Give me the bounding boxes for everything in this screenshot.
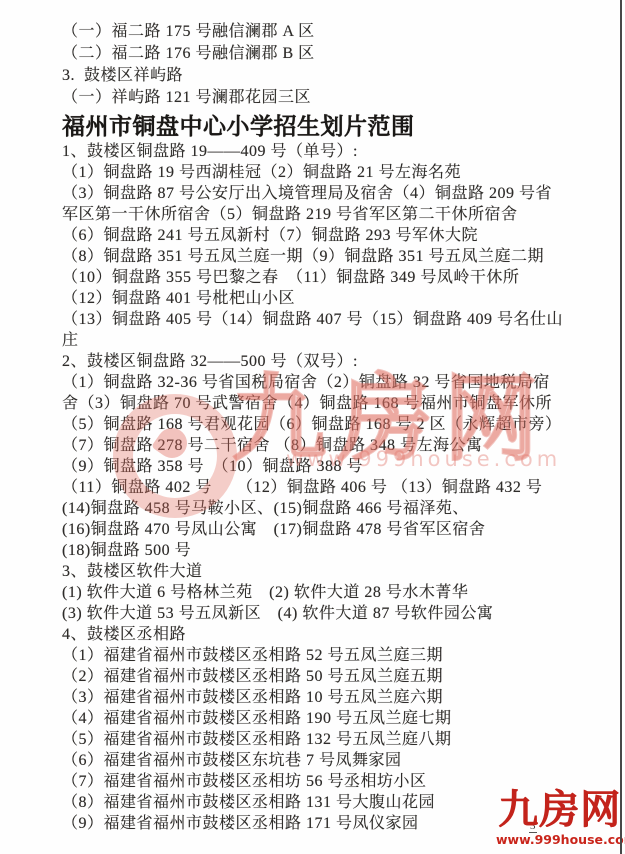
doc-line: 庄 <box>62 330 610 351</box>
scan-edge-line <box>620 0 622 854</box>
doc-line: (3) 软件大道 53 号五凤新区 (4) 软件大道 87 号软件园公寓 <box>62 603 610 624</box>
doc-line: (14)铜盘路 458 号马鞍小区、(15)铜盘路 466 号福泽苑、 <box>62 498 610 519</box>
doc-line: （1）福建省福州市鼓楼区丞相路 52 号五凤兰庭三期 <box>62 645 610 666</box>
site-logo-text: 九房网 <box>496 787 623 833</box>
doc-line: 3、鼓楼区软件大道 <box>62 561 610 582</box>
doc-line: （1）铜盘路 32-36 号省国税局宿舍（2）铜盘路 32 号省国地税局宿 <box>62 372 610 393</box>
doc-line: 舍（3）铜盘路 70 号武警宿舍（4）铜盘路 168 号福州市铜盘军休所 <box>62 393 610 414</box>
doc-line: （6）福建省福州市鼓楼区东坑巷 7 号凤舞家园 <box>62 750 610 771</box>
doc-line: （13）铜盘路 405 号（14）铜盘路 407 号（15）铜盘路 409 号名… <box>62 309 610 330</box>
doc-line: （4）福建省福州市鼓楼区丞相路 190 号五凤兰庭七期 <box>62 708 610 729</box>
site-logo-url: www.999house.com <box>496 833 623 847</box>
doc-line: （12）铜盘路 401 号枇杷山小区 <box>62 288 610 309</box>
document-body: （一）福二路 175 号融信澜郡 A 区 （二）福二路 176 号融信澜郡 B … <box>62 21 610 834</box>
doc-line: （5）铜盘路 168 号君观花园（6）铜盘路 168 号 2 区（永辉超市旁） <box>62 414 610 435</box>
doc-line: （3）铜盘路 87 号公安厅出入境管理局及宿舍（4）铜盘路 209 号省 <box>62 183 610 204</box>
doc-line: 军区第一干休所宿舍（5）铜盘路 219 号省军区第二干休所宿舍 <box>62 204 610 225</box>
doc-line: （7）铜盘路 278 号二干宿舍 （8）铜盘路 348 号左海公寓 <box>62 435 610 456</box>
doc-line: (1) 软件大道 6 号格林兰苑 (2) 软件大道 28 号水木菁华 <box>62 582 610 603</box>
doc-line: （11）铜盘路 402 号 （12）铜盘路 406 号 （13）铜盘路 432 … <box>62 477 610 498</box>
doc-line: （5）福建省福州市鼓楼区丞相路 132 号五凤兰庭八期 <box>62 729 610 750</box>
doc-line: （10）铜盘路 355 号巴黎之春 （11）铜盘路 349 号凤岭干休所 <box>62 267 610 288</box>
doc-line: 1、鼓楼区铜盘路 19——409 号（单号）: <box>62 141 610 162</box>
doc-line: （6）铜盘路 241 号五凤新村（7）铜盘路 293 号军休大院 <box>62 225 610 246</box>
doc-line: 4、鼓楼区丞相路 <box>62 624 610 645</box>
site-logo: 九房网 www.999house.com <box>496 787 623 847</box>
doc-line: （2）福建省福州市鼓楼区丞相路 50 号五凤兰庭五期 <box>62 666 610 687</box>
doc-line: （一）福二路 175 号融信澜郡 A 区 <box>62 21 610 43</box>
doc-line: （3）福建省福州市鼓楼区丞相路 10 号五凤兰庭六期 <box>62 687 610 708</box>
doc-line: (18)铜盘路 500 号 <box>62 540 610 561</box>
doc-line: （8）铜盘路 351 号五凤兰庭一期（9）铜盘路 351 号五凤兰庭二期 <box>62 246 610 267</box>
doc-line: （1）铜盘路 19 号西湖桂冠（2）铜盘路 21 号左海名苑 <box>62 162 610 183</box>
doc-line: （一）祥屿路 121 号澜郡花园三区 <box>62 87 610 109</box>
doc-line: (16)铜盘路 470 号凤山公寓 (17)铜盘路 478 号省军区宿舍 <box>62 519 610 540</box>
doc-line: 3. 鼓楼区祥屿路 <box>62 65 610 87</box>
section-heading: 福州市铜盘中心小学招生划片范围 <box>62 112 610 141</box>
doc-line: （二）福二路 176 号融信澜郡 B 区 <box>62 43 610 65</box>
document-page: （一）福二路 175 号融信澜郡 A 区 （二）福二路 176 号融信澜郡 B … <box>0 0 625 854</box>
doc-line: （9）铜盘路 358 号 （10）铜盘路 388 号 <box>62 456 610 477</box>
doc-line: 2、鼓楼区铜盘路 32——500 号（双号）: <box>62 351 610 372</box>
